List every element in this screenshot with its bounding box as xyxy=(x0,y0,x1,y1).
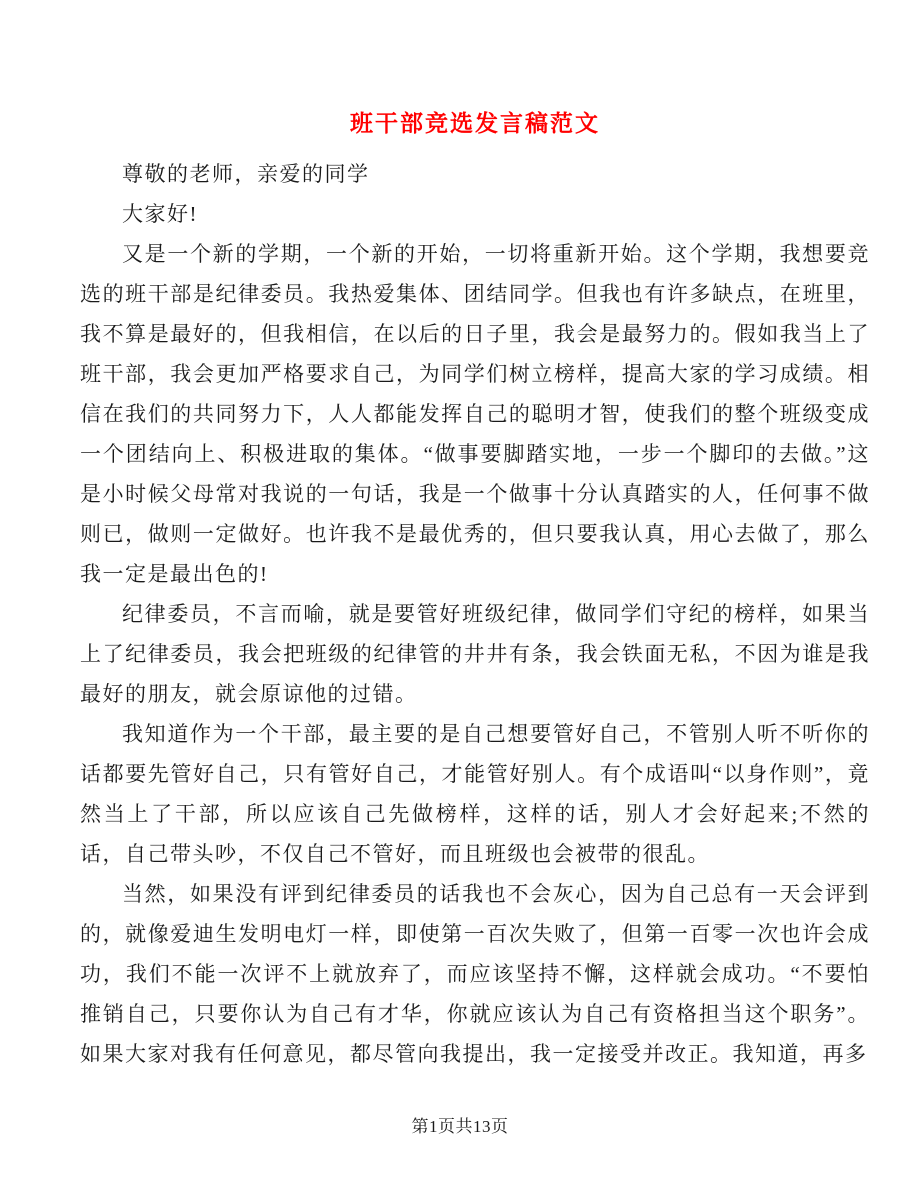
body-paragraph-3: 我知道作为一个干部，最主要的是自己想要管好自己，不管别人听不听你的话都要先管好自… xyxy=(80,714,870,874)
body-paragraph-1: 又是一个新的学期，一个新的开始，一切将重新开始。这个学期，我想要竞选的班干部是纪… xyxy=(80,234,870,594)
body-paragraph-2: 纪律委员，不言而喻，就是要管好班级纪律，做同学们守纪的榜样，如果当上了纪律委员，… xyxy=(80,594,870,714)
document-content: 班干部竞选发言稿范文 尊敬的老师，亲爱的同学 大家好! 又是一个新的学期，一个新… xyxy=(80,108,870,1074)
greeting-line-2: 大家好! xyxy=(80,194,870,234)
page-number-text: 第1页共13页 xyxy=(412,1117,509,1136)
page-footer: 第1页共13页 xyxy=(0,1117,920,1137)
document-page: 班干部竞选发言稿范文 尊敬的老师，亲爱的同学 大家好! 又是一个新的学期，一个新… xyxy=(0,0,920,1191)
greeting-line-1: 尊敬的老师，亲爱的同学 xyxy=(80,154,870,194)
document-title: 班干部竞选发言稿范文 xyxy=(80,108,870,140)
body-paragraph-4: 当然，如果没有评到纪律委员的话我也不会灰心，因为自己总有一天会评到的，就像爱迪生… xyxy=(80,874,870,1074)
document-body: 尊敬的老师，亲爱的同学 大家好! 又是一个新的学期，一个新的开始，一切将重新开始… xyxy=(80,154,870,1074)
